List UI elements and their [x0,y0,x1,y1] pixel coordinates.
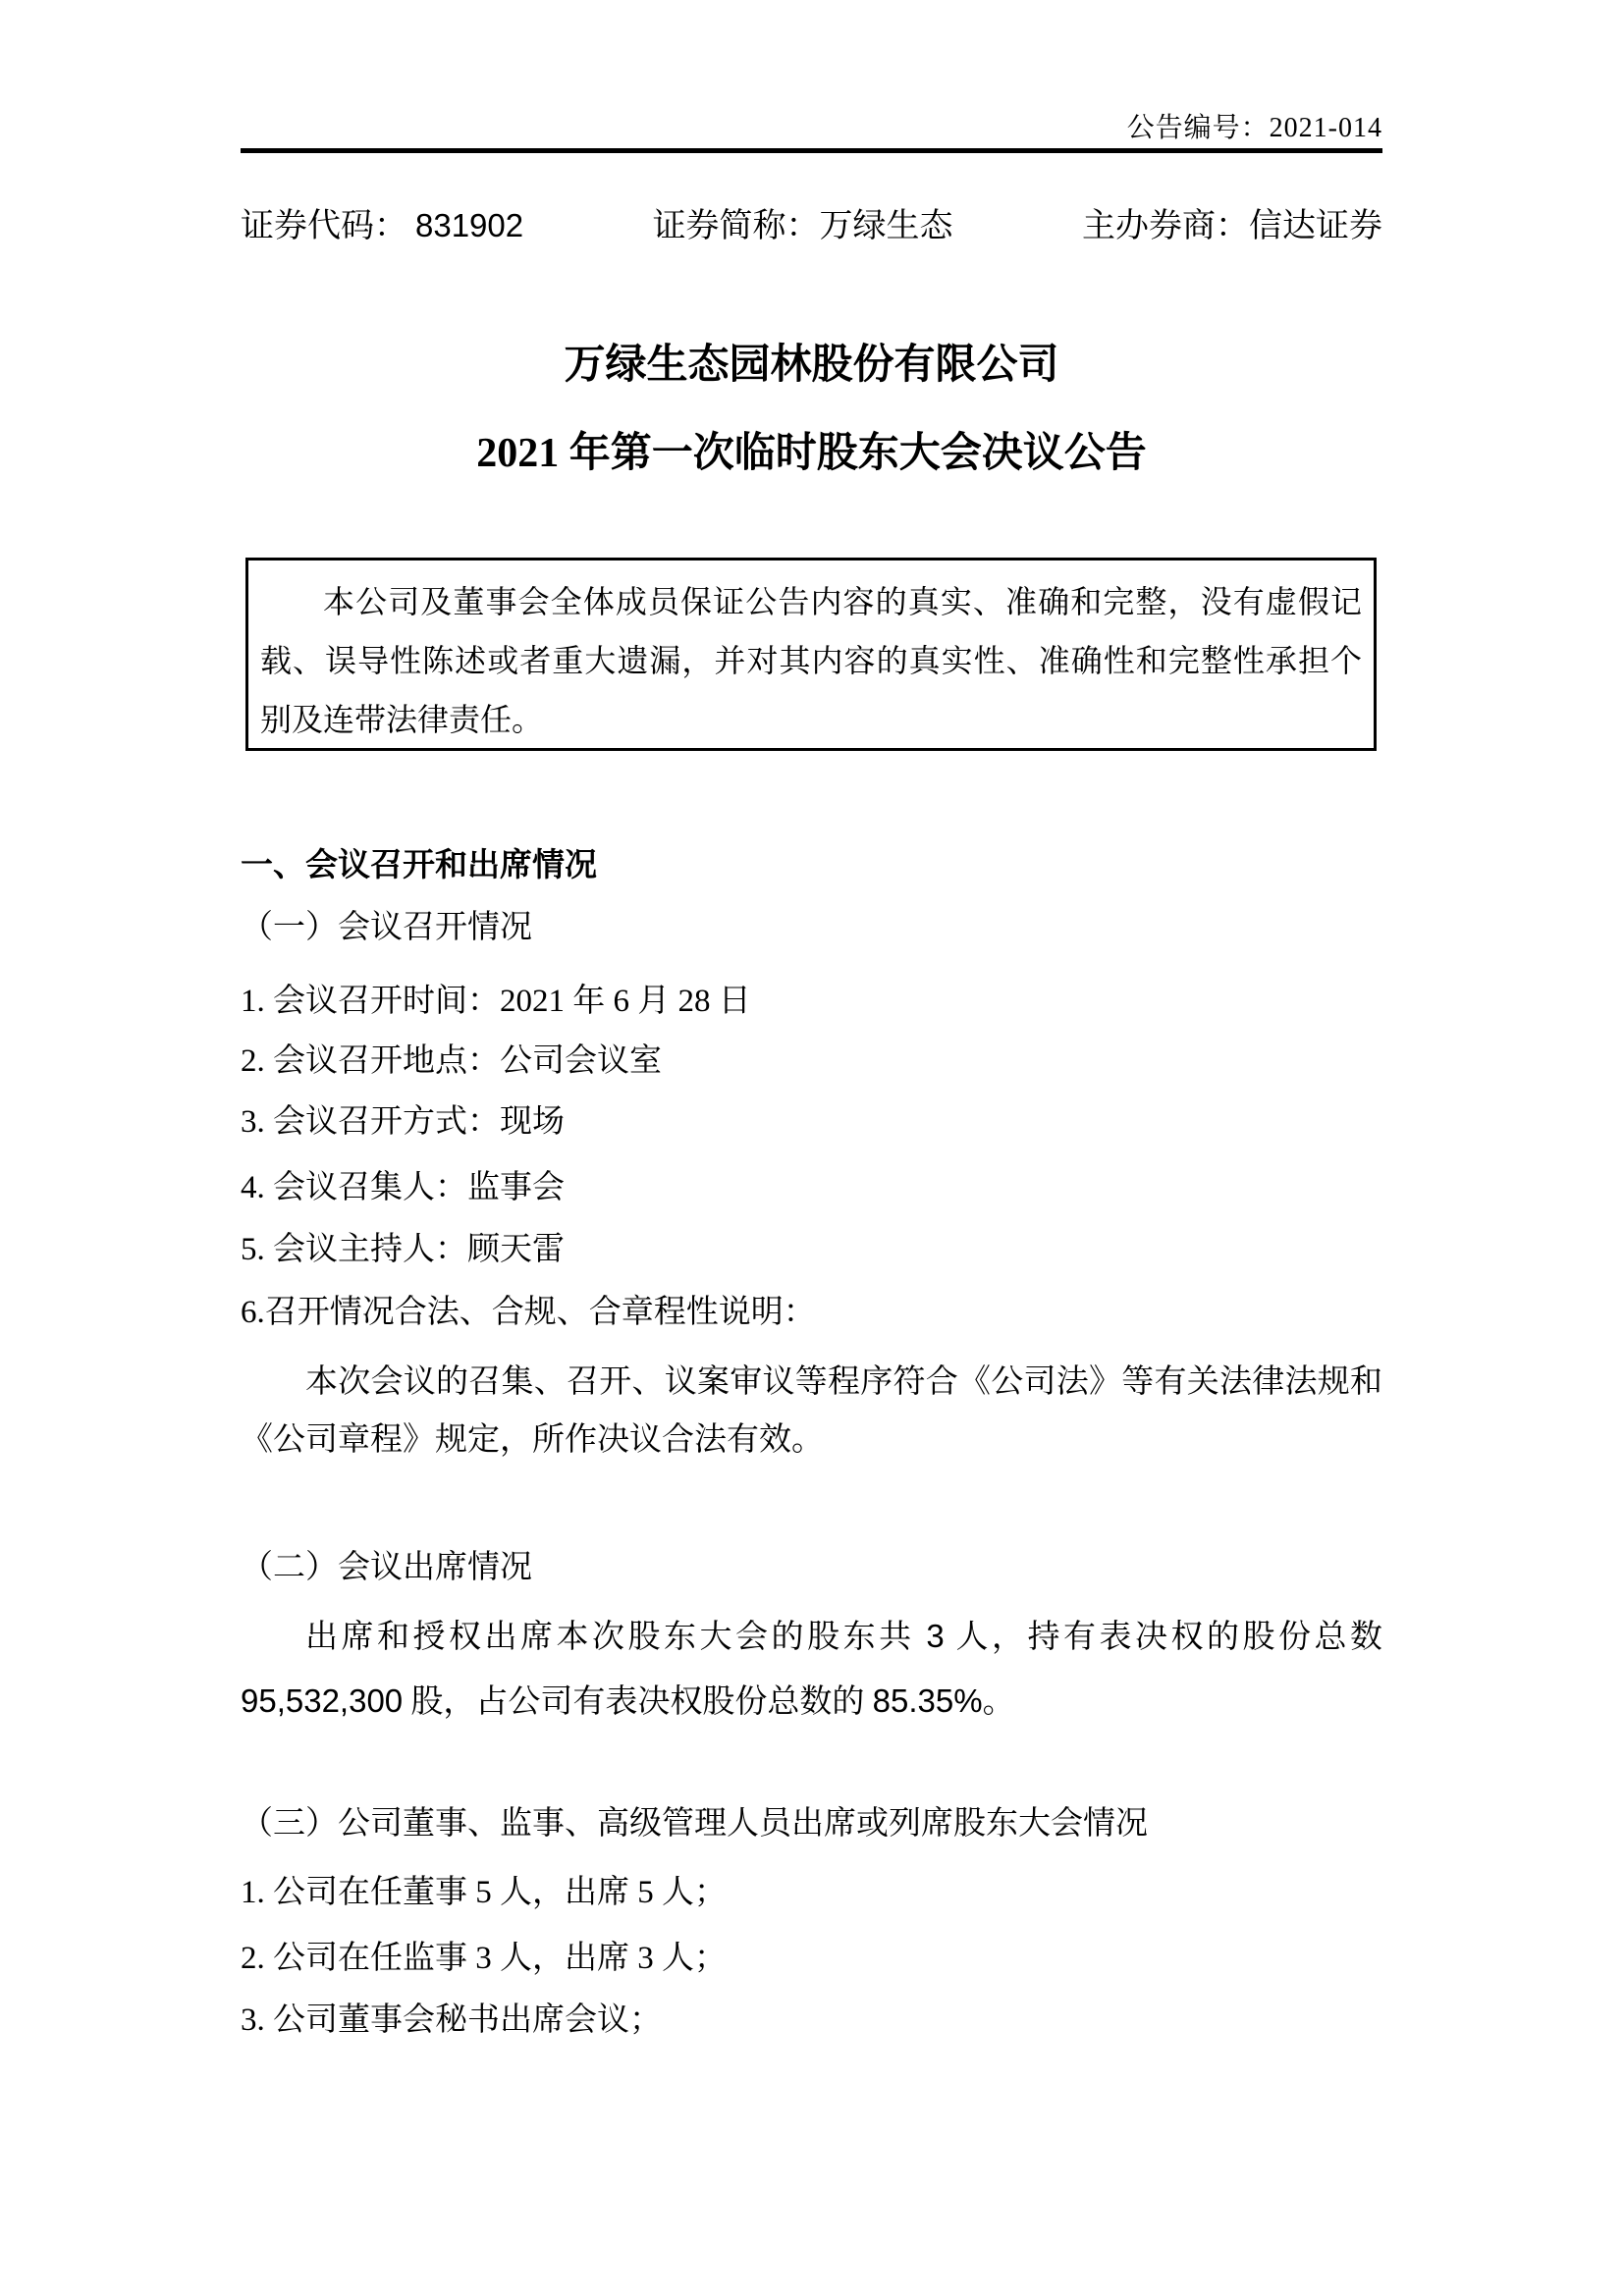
list-item-secretary-attendance: 3. 公司董事会秘书出席会议； [241,2000,1382,2041]
section-heading-1: 一、会议召开和出席情况 [241,845,1382,886]
voting-shares-count: 95,532,300 [241,1682,403,1719]
disclaimer-line: 别及连带法律责任。 [260,690,1362,749]
document-page: 公告编号：2021-014 证券代码：831902 证券简称：万绿生态 主办券商… [0,0,1624,2296]
company-title: 万绿生态园林股份有限公司 [241,340,1382,391]
list-item-meeting-host: 5. 会议主持人：顾天雷 [241,1229,1382,1270]
announcement-title: 2021 年第一次临时股东大会决议公告 [241,428,1382,479]
subsection-heading-1-3: （三）公司董事、监事、高级管理人员出席或列席股东大会情况 [241,1803,1382,1844]
disclaimer-line: 本公司及董事会全体成员保证公告内容的真实、准确和完整，没有虚假记 [260,572,1362,631]
list-item-supervisors-attendance: 2. 公司在任监事 3 人，出席 3 人； [241,1938,1382,1979]
legality-paragraph-line: 本次会议的召集、召开、议案审议等程序符合《公司法》等有关法律法规和 [241,1362,1382,1403]
list-item-meeting-place: 2. 会议召开地点：公司会议室 [241,1041,1382,1082]
sponsor-name: 主办券商：信达证券 [1082,204,1382,249]
attendance-paragraph-line: 95,532,300 股，占公司有表决权股份总数的 85.35%。 [241,1681,1382,1722]
list-item-directors-attendance: 1. 公司在任董事 5 人，出席 5 人； [241,1872,1382,1913]
disclaimer-box: 本公司及董事会全体成员保证公告内容的真实、准确和完整，没有虚假记 载、误导性陈述… [245,558,1377,751]
attendance-text: 人，持有表决权的股份总数 [945,1620,1382,1655]
list-item-meeting-convener: 4. 会议召集人：监事会 [241,1167,1382,1208]
attendance-paragraph-line: 出席和授权出席本次股东大会的股东共 3 人，持有表决权的股份总数 [241,1616,1382,1657]
list-item-meeting-time: 1. 会议召开时间：2021 年 6 月 28 日 [241,981,1382,1022]
disclaimer-line: 载、误导性陈述或者重大遗漏，并对其内容的真实性、准确性和完整性承担个 [260,631,1362,690]
stock-code-label: 证券代码： [241,208,407,244]
list-item-meeting-method: 3. 会议召开方式：现场 [241,1101,1382,1143]
subsection-heading-1-1: （一）会议召开情况 [241,907,1382,948]
stock-short-name: 证券简称：万绿生态 [653,204,953,249]
stock-code-value: 831902 [415,207,523,243]
voting-shares-percentage: 85.35% [873,1682,983,1719]
attendance-text: 。 [983,1684,1015,1720]
legality-paragraph-line: 《公司章程》规定，所作决议合法有效。 [241,1419,1382,1461]
list-item-legality-note: 6.召开情况合法、合规、合章程性说明： [241,1292,1382,1333]
announcement-number: 公告编号：2021-014 [1127,112,1382,145]
attendance-text: 出席和授权出席本次股东大会的股东共 [305,1620,926,1655]
header-rule [241,148,1382,153]
shareholder-count: 3 [926,1618,944,1654]
securities-info-row: 证券代码：831902 证券简称：万绿生态 主办券商：信达证券 [241,203,1382,249]
attendance-text: 股，占公司有表决权股份总数的 [403,1684,873,1720]
stock-code: 证券代码：831902 [241,203,523,249]
subsection-heading-1-2: （二）会议出席情况 [241,1547,1382,1588]
